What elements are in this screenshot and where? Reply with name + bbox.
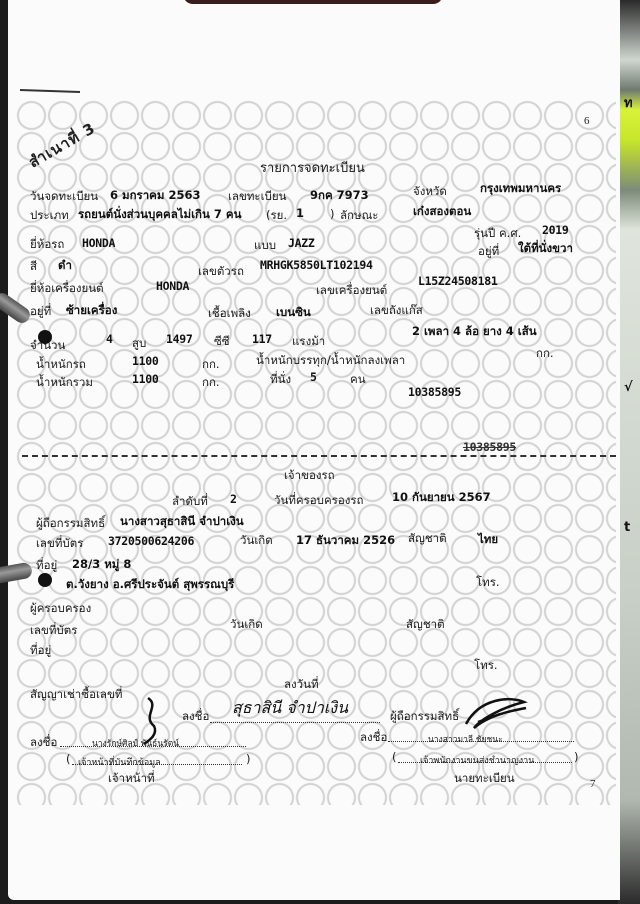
gas-tank-label: เลขถังแก๊ส <box>370 302 423 320</box>
officer-name: นางรักษ์ศิลป์ พันธ์นรัตน์ <box>92 736 179 750</box>
axles-wheels: 2 เพลา 4 ล้อ ยาง 4 เส้น <box>412 323 537 341</box>
body-label: ลักษณะ <box>340 207 378 225</box>
registrar-name: นางสาวมาลี ชัยชนะ <box>428 732 503 746</box>
vehicle-weight-label: น้ำหนักรถ <box>36 356 86 374</box>
chassis-location: ใต้ที่นั่งขวา <box>518 240 573 258</box>
total-weight-label: น้ำหนักรวม <box>36 374 93 392</box>
color: ดำ <box>58 257 72 275</box>
lease-contract-label: สัญญาเช่าซื้อเลขที่ <box>30 686 122 704</box>
officer-paren-close: ) <box>246 752 251 766</box>
hp-label: แรงม้า <box>292 333 325 351</box>
type-label: ประเภท <box>30 207 69 225</box>
owner-address-line1: 28/3 หมู่ 8 <box>72 556 131 574</box>
page-number-top: 6 <box>584 115 590 127</box>
cylinders-unit: สูบ <box>132 335 146 353</box>
owner-seq: 2 <box>230 492 237 506</box>
total-weight: 1100 <box>132 372 159 386</box>
possessor-id-label: เลขที่บัตร <box>30 622 77 640</box>
horsepower: 117 <box>252 332 272 346</box>
owner-sign-line <box>210 722 380 723</box>
model-year-label: รุ่นปี ค.ศ. <box>474 225 521 243</box>
possessor-label: ผู้ครอบครอง <box>30 600 91 618</box>
total-weight-unit: กก. <box>202 374 220 392</box>
engine-location-label: อยู่ที่ <box>30 303 51 321</box>
reg-date-label: วันจดทะเบียน <box>30 188 98 206</box>
background-edge: ท √ t <box>618 0 640 904</box>
possession-date-label: วันที่ครอบครองรถ <box>274 492 364 510</box>
seq-label: ลำดับที่ <box>172 493 208 511</box>
brand-label: ยี่ห้อรถ <box>30 236 64 254</box>
background-glyph: √ <box>624 380 633 395</box>
model: JAZZ <box>288 236 315 250</box>
binder-hole <box>38 330 52 344</box>
officer-sign-label: ลงชื่อ <box>30 734 57 752</box>
binder-clip <box>183 0 443 4</box>
brand: HONDA <box>82 236 115 250</box>
serial-number: 10385895 <box>408 385 461 399</box>
province: กรุงเทพมหานคร <box>480 180 561 198</box>
owner-label: ผู้ถือกรรมสิทธิ์ <box>36 515 105 533</box>
possessor-address-label: ที่อยู่ <box>30 642 51 660</box>
load-weight-unit: กก. <box>536 345 554 363</box>
registrar-role: นายทะเบียน <box>454 770 515 788</box>
engine-cc: 1497 <box>166 332 193 346</box>
registrar-paren-close: ) <box>574 750 579 764</box>
officer-paren-open: ( <box>66 752 71 766</box>
engine-location: ซ้ายเครื่อง <box>66 302 117 320</box>
possessor-dob-label: วันเกิด <box>230 616 263 634</box>
model-year: 2019 <box>542 223 569 237</box>
background-glyph: t <box>624 520 630 535</box>
page-number-bottom: 7 <box>590 778 596 790</box>
type-code-suffix: ) <box>330 207 335 221</box>
owner-nationality-label: สัญชาติ <box>408 530 447 548</box>
vehicle-weight-unit: กก. <box>202 356 220 374</box>
lease-date-label: ลงวันที่ <box>284 676 319 694</box>
owner-name: นางสาวสุธาสินี จำปาเงิน <box>120 513 244 531</box>
engine-no-label: เลขเครื่องยนต์ <box>316 282 387 300</box>
pen-mark <box>20 89 80 93</box>
section-divider <box>22 455 616 457</box>
load-weight-label: น้ำหนักบรรทุก/น้ำหนักลงเพลา <box>256 352 405 370</box>
type-code: 1 <box>296 206 304 220</box>
owner-address-line2: ต.วังยาง อ.ศรีประจันต์ สุพรรณบุรี <box>66 576 234 594</box>
cylinders: 4 <box>106 332 113 346</box>
owner-sign-label: ลงชื่อ <box>182 708 209 726</box>
owner-phone-label: โทร. <box>476 574 500 592</box>
registrar-signature-scribble <box>460 694 530 734</box>
owner-heading: เจ้าของรถ <box>284 467 335 485</box>
color-label: สี <box>30 258 37 276</box>
possessor-nationality-label: สัญชาติ <box>406 616 445 634</box>
chassis-no-label: เลขตัวรถ <box>198 263 244 281</box>
province-label: จังหวัด <box>413 183 447 201</box>
vehicle-weight: 1100 <box>132 354 159 368</box>
owner-dob-label: วันเกิด <box>240 532 273 550</box>
officer-role: เจ้าหน้าที่ <box>108 770 155 788</box>
background-glyph: ท <box>624 92 633 113</box>
document-title: รายการจดทะเบียน <box>260 157 365 178</box>
type-code-prefix: (รย. <box>266 207 287 225</box>
registrar-sign-label: ลงชื่อ <box>360 729 387 747</box>
possession-date: 10 กันยายน 2567 <box>392 489 491 507</box>
owner-nationality: ไทย <box>478 531 498 549</box>
registrar-position: เจ้าพนักงานขนส่งชำนาญงาน <box>420 753 534 767</box>
engine-brand: HONDA <box>156 279 189 293</box>
engine-number: L15Z24508181 <box>418 274 497 288</box>
plate-label: เลขทะเบียน <box>228 188 286 206</box>
officer-position: เจ้าหน้าที่บันทึกข้อมูล <box>78 755 161 769</box>
fuel-type: เบนซิน <box>276 304 311 322</box>
seats: 5 <box>310 370 317 384</box>
seats-unit: คน <box>350 371 366 389</box>
engine-brand-label: ยี่ห้อเครื่องยนต์ <box>30 280 104 298</box>
owner-signature: สุธาสินี จำปาเงิน <box>232 696 348 721</box>
owner-id-label: เลขที่บัตร <box>36 535 83 553</box>
possessor-phone-label: โทร. <box>474 657 498 675</box>
cc-label: ซีซี <box>214 333 230 351</box>
fuel-label: เชื้อเพลิง <box>208 305 251 323</box>
serial-number-struck: 10385895 <box>463 440 516 454</box>
vehicle-type: รถยนต์นั่งส่วนบุคคลไม่เกิน 7 คน <box>78 206 241 224</box>
owner-dob: 17 ธันวาคม 2526 <box>296 532 395 550</box>
owner-sign-role: ผู้ถือกรรมสิทธิ์ <box>390 708 459 726</box>
registrar-paren-open: ( <box>392 750 397 764</box>
registration-page: 6 สำเนาที่ 3 รายการจดทะเบียน วันจดทะเบีย… <box>8 0 620 900</box>
owner-id-number: 3720500624206 <box>108 534 194 548</box>
chassis-number: MRHGK5850LT102194 <box>260 258 373 272</box>
model-label: แบบ <box>254 237 276 255</box>
binder-hole <box>38 573 52 587</box>
chassis-location-label: อยู่ที่ <box>478 243 499 261</box>
body-style: เก๋งสองตอน <box>413 203 471 221</box>
plate-number: 9กค 7973 <box>310 187 369 205</box>
reg-date: 6 มกราคม 2563 <box>110 187 200 205</box>
seats-label: ที่นั่ง <box>270 371 291 389</box>
